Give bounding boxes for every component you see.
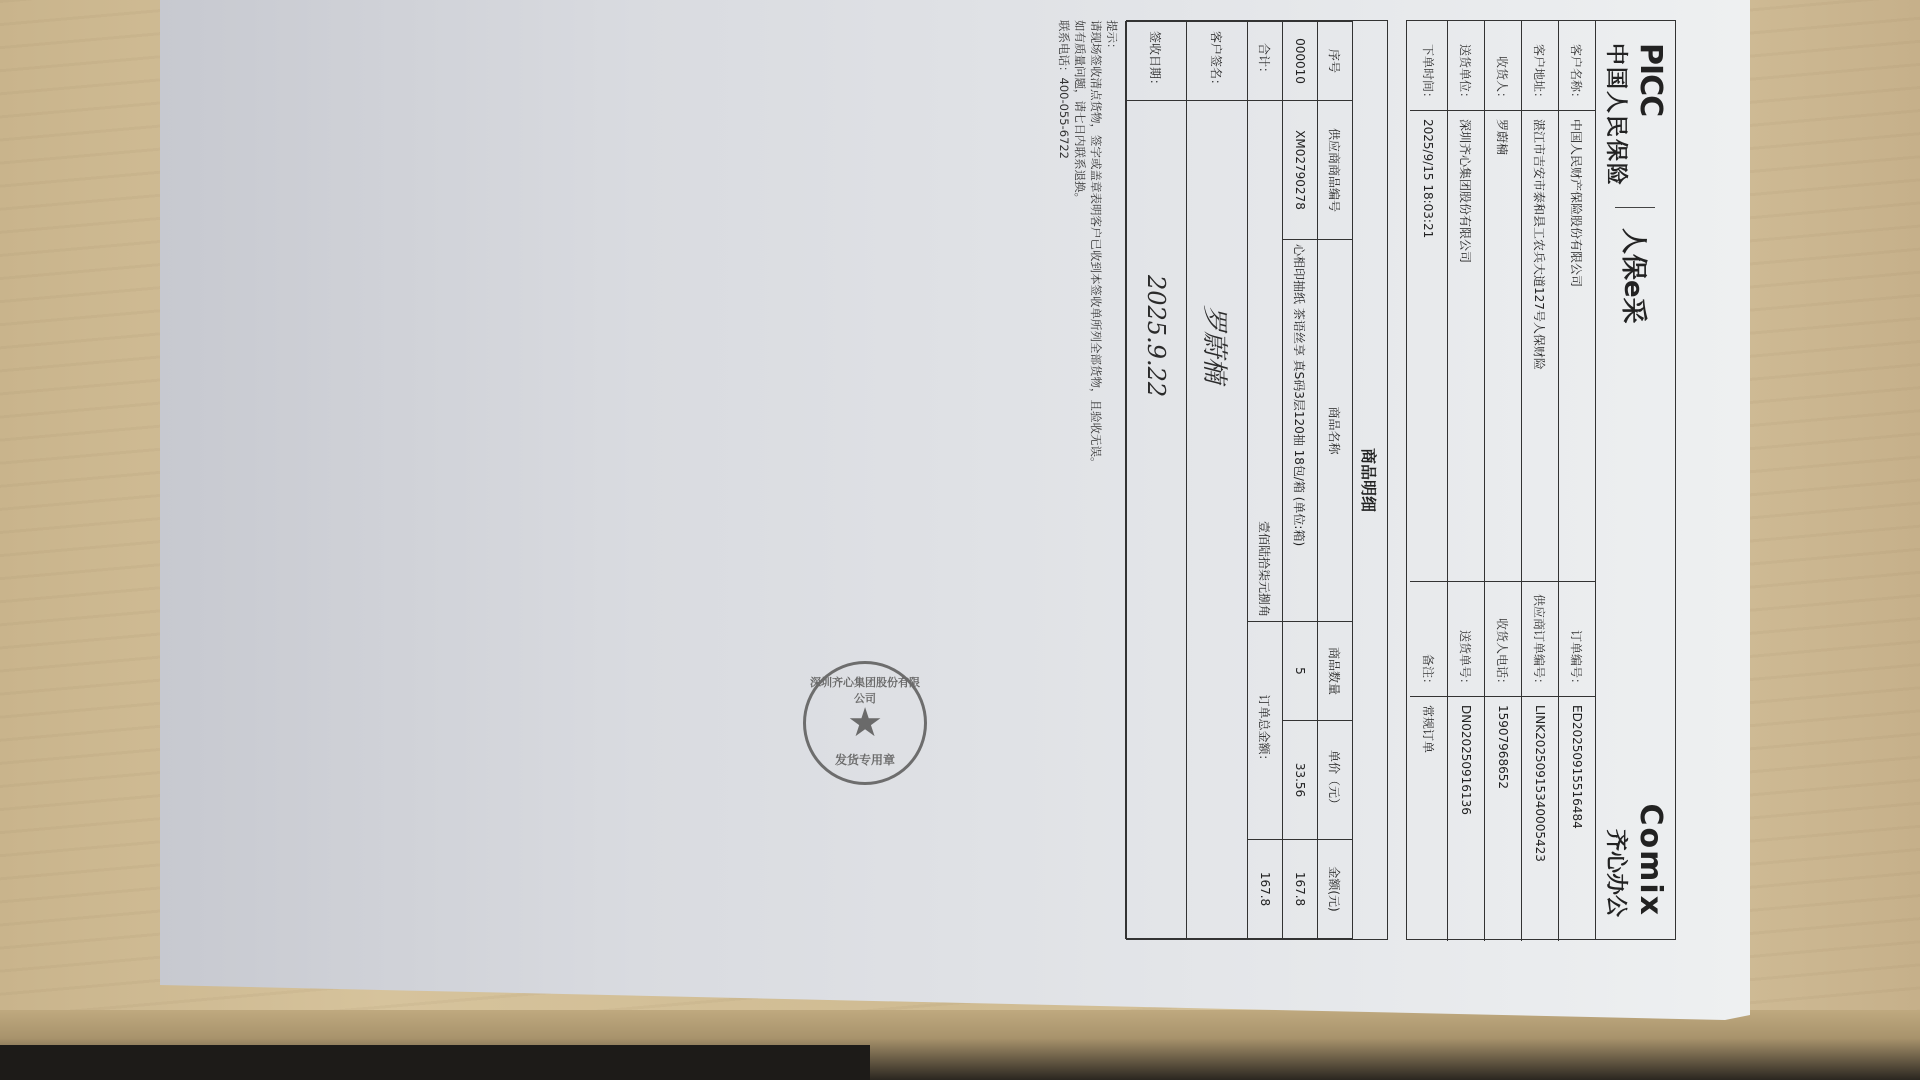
picc-logo: PICC <box>1634 43 1669 116</box>
notes-line: 如有质量问题，请七日内联系退换。 <box>1072 20 1088 940</box>
info-order-number: 订单编号：ED20250915516484 <box>1558 581 1595 941</box>
goods-table: 序号 供应商商品编号 商品名称 商品数量 单价（元） 金额(元) 000010 … <box>1125 21 1353 939</box>
picc-brand: PICC 中国人民保险 人保e采 <box>1603 43 1669 324</box>
info-receiver: 收货人：罗蔚楠 <box>1484 21 1521 581</box>
brand-separator <box>1616 207 1656 208</box>
comix-brand: Comix 齐心办公 <box>1603 803 1669 917</box>
total-row: 合计： 壹佰陆拾柒元捌角 订单总金额： 167.8 <box>1248 22 1283 939</box>
receipt-notes: 提示： 请现场签收清点货物，签字或盖章表明客户已收到本签收单所列全部货物，且验收… <box>1056 20 1120 940</box>
company-stamp: 深圳齐心集团股份有限公司 ★ 发货专用章 <box>803 661 927 785</box>
customer-signature-row: 客户签名： 罗蔚楠 <box>1187 22 1248 939</box>
info-customer-address: 客户地址：湛江市吉安市泰和县工农兵大道127号人保财险 <box>1521 21 1558 581</box>
order-info: 客户名称：中国人民财产保险股份有限公司 客户地址：湛江市吉安市泰和县工农兵大道1… <box>1405 21 1595 939</box>
receipt-header: PICC 中国人民保险 人保e采 Comix 齐心办公 客户名称：中国人民财产保… <box>1406 20 1676 940</box>
comix-logo: Comix <box>1634 803 1669 917</box>
goods-title: 商品明细 <box>1352 21 1387 939</box>
delivery-receipt: PICC 中国人民保险 人保e采 Comix 齐心办公 客户名称：中国人民财产保… <box>1126 20 1676 940</box>
picc-cn-name: 中国人民保险 <box>1603 43 1634 187</box>
stamp-bottom-text: 发货专用章 <box>806 751 924 768</box>
stamp-ring-text: 深圳齐心集团股份有限公司 <box>806 674 924 706</box>
star-icon: ★ <box>847 700 883 746</box>
info-delivery-number: 送货单号：DN020250916136 <box>1447 581 1484 941</box>
info-remark: 备注：常规订单 <box>1410 581 1447 941</box>
table-row: 000010 XM02790278 心相印抽纸 茶语丝享 真S码3层120抽 1… <box>1283 22 1318 939</box>
epurchase-logo: 人保e采 <box>1617 228 1654 324</box>
desk-shadow <box>0 1045 870 1080</box>
table-header-row: 序号 供应商商品编号 商品名称 商品数量 单价（元） 金额(元) <box>1318 22 1353 939</box>
info-delivery-company: 送货单位：深圳齐心集团股份有限公司 <box>1447 21 1484 581</box>
sign-date-row: 签收日期： 2025.9.22 <box>1126 22 1187 939</box>
notes-title: 提示： <box>1104 20 1120 940</box>
brand-row: PICC 中国人民保险 人保e采 Comix 齐心办公 <box>1595 21 1675 939</box>
info-customer-name: 客户名称：中国人民财产保险股份有限公司 <box>1558 21 1595 581</box>
info-supplier-order-number: 供应商订单编号：LINK20250915340005423 <box>1521 581 1558 941</box>
goods-detail: 商品明细 序号 供应商商品编号 商品名称 商品数量 单价（元） 金额(元) 00… <box>1126 20 1388 940</box>
notes-line: 请现场签收清点货物，签字或盖章表明客户已收到本签收单所列全部货物，且验收无误。 <box>1088 20 1104 940</box>
handwritten-date: 2025.9.22 <box>1142 275 1170 397</box>
info-receiver-phone: 收货人电话：15907968652 <box>1484 581 1521 941</box>
handwritten-signature: 罗蔚楠 <box>1200 305 1230 383</box>
notes-contact: 联系电话：400-055-6722 <box>1056 20 1072 940</box>
info-order-time: 下单时间：2025/9/15 18:03:21 <box>1410 21 1447 581</box>
comix-cn-name: 齐心办公 <box>1603 829 1634 917</box>
